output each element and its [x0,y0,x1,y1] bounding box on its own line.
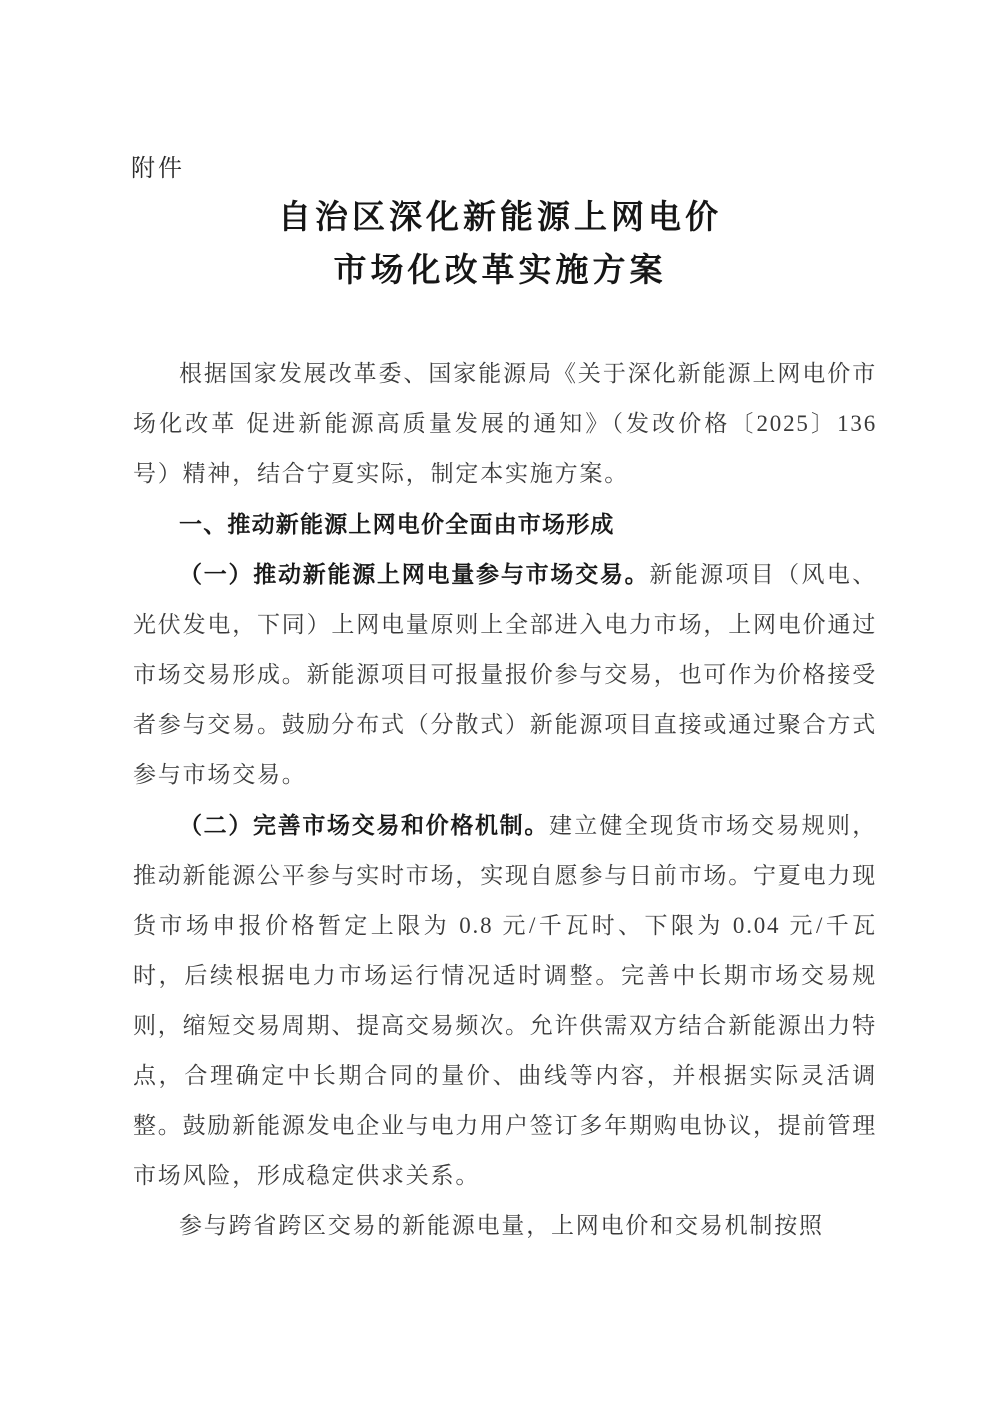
intro-paragraph-text: 根据国家发展改革委、国家能源局《关于深化新能源上网电价市场化改革 促进新能源高质… [133,361,877,486]
closing-paragraph-text: 参与跨省跨区交易的新能源电量，上网电价和交易机制按照 [179,1213,824,1238]
section-1-heading: 一、推动新能源上网电价全面由市场形成 [133,499,877,549]
clause-2-text: 建立健全现货市场交易规则，推动新能源公平参与实时市场，实现自愿参与日前市场。宁夏… [133,813,877,1188]
section-1-heading-text: 一、推动新能源上网电价全面由市场形成 [179,511,615,537]
intro-paragraph: 根据国家发展改革委、国家能源局《关于深化新能源上网电价市场化改革 促进新能源高质… [133,349,877,499]
document-page: 附件 自治区深化新能源上网电价 市场化改革实施方案 根据国家发展改革委、国家能源… [0,0,1000,1414]
document-title: 自治区深化新能源上网电价 市场化改革实施方案 [0,190,1000,296]
clause-1-text: 新能源项目（风电、光伏发电，下同）上网电量原则上全部进入电力市场，上网电价通过市… [133,562,877,787]
clause-1-paragraph: （一）推动新能源上网电量参与市场交易。新能源项目（风电、光伏发电，下同）上网电量… [133,549,877,800]
document-title-line-2: 市场化改革实施方案 [0,243,1000,296]
clause-1-lead: （一）推动新能源上网电量参与市场交易。 [179,561,649,587]
clause-2-paragraph: （二）完善市场交易和价格机制。建立健全现货市场交易规则，推动新能源公平参与实时市… [133,800,877,1201]
attachment-label: 附件 [131,148,185,183]
closing-paragraph: 参与跨省跨区交易的新能源电量，上网电价和交易机制按照 [133,1201,877,1251]
document-title-line-1: 自治区深化新能源上网电价 [0,190,1000,243]
document-body: 根据国家发展改革委、国家能源局《关于深化新能源上网电价市场化改革 促进新能源高质… [133,349,877,1251]
clause-2-lead: （二）完善市场交易和价格机制。 [179,812,549,838]
